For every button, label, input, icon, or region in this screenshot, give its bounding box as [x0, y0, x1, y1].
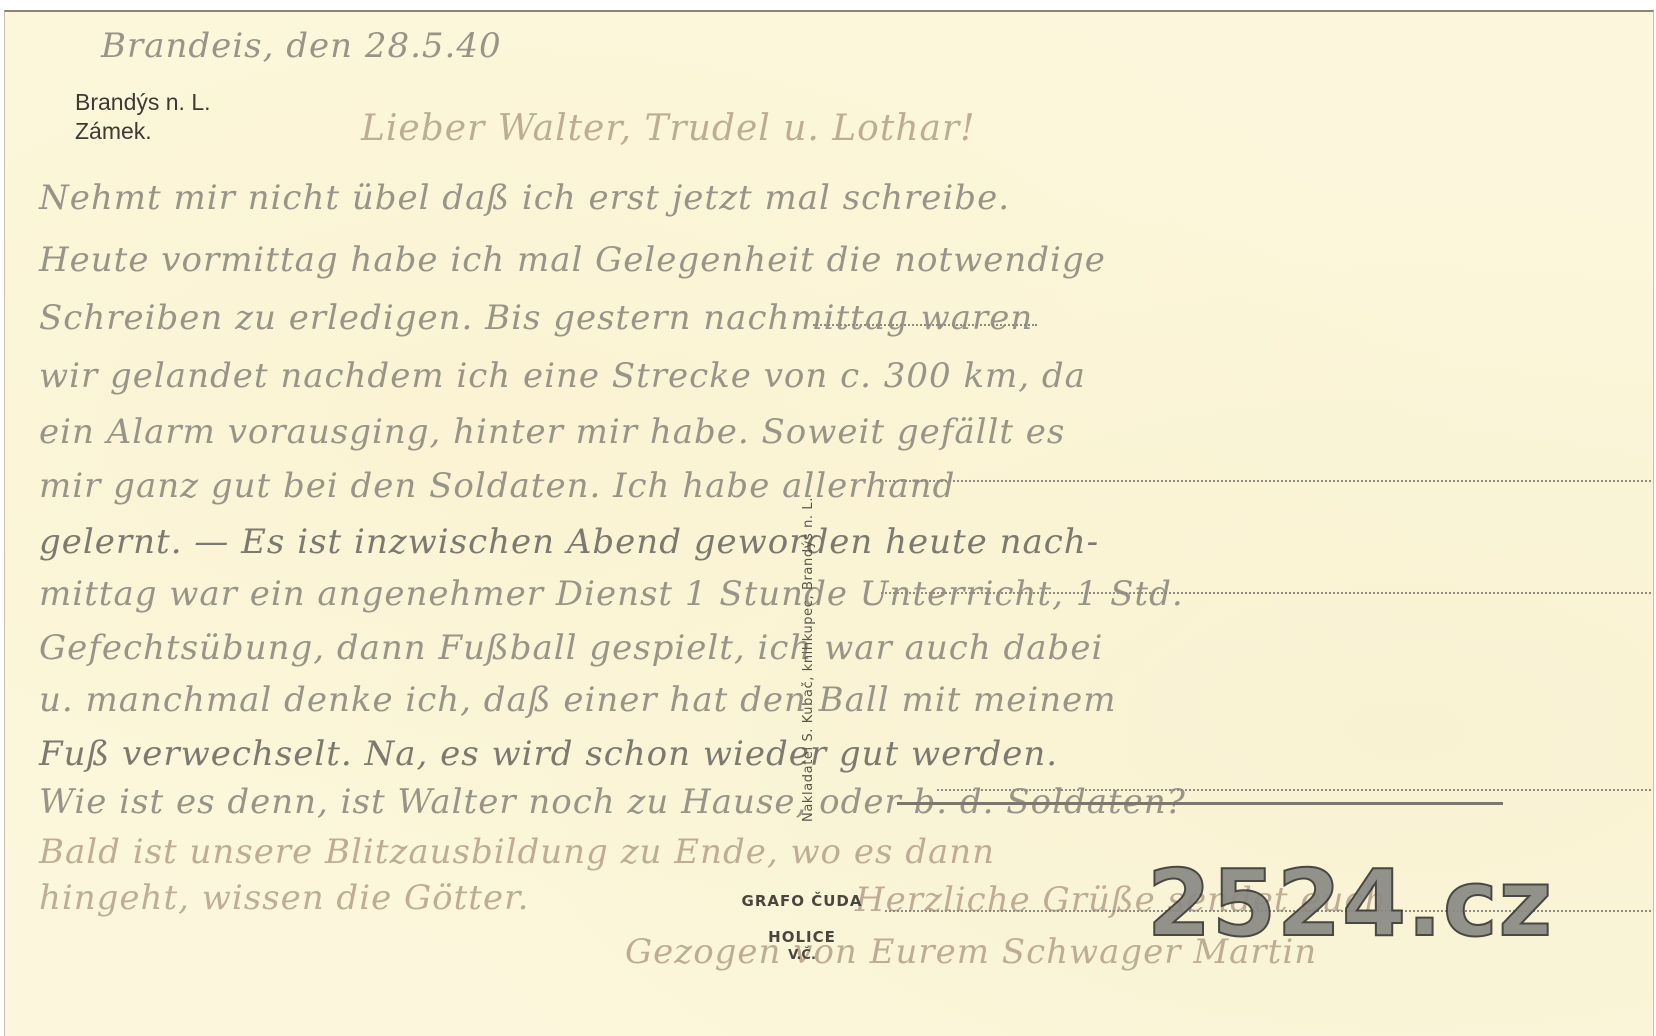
- letter-line: Fuß verwechselt. Na, es wird schon wiede…: [39, 734, 1058, 774]
- letter-line: wir gelandet nachdem ich eine Strecke vo…: [39, 356, 1086, 396]
- letter-line: hingeht, wissen die Götter.: [39, 878, 529, 918]
- letter-line: Gefechtsübung, dann Fußball gespielt, ic…: [39, 628, 1103, 668]
- handwritten-dateline: Brandeis, den 28.5.40: [101, 26, 502, 66]
- letter-line: mittag war ein angenehmer Dienst 1 Stund…: [39, 574, 1184, 614]
- postcard-back: Brandýs n. L. Zámek. Brandeis, den 28.5.…: [4, 10, 1654, 1036]
- printer-town: HOLICE: [727, 928, 877, 946]
- caption-subject: Zámek.: [75, 117, 211, 146]
- printer-mark: GRAFO ČUDA HOLICE V.Č.: [727, 892, 877, 982]
- address-line-1: [813, 324, 1037, 326]
- publisher-imprint: Nakladatel S. Kubač, knihkupec, Brandýs …: [801, 497, 816, 822]
- address-underline: [897, 802, 1503, 805]
- caption-place: Brandýs n. L.: [75, 88, 211, 117]
- printer-name: GRAFO ČUDA: [727, 892, 877, 910]
- letter-line: mir ganz gut bei den Soldaten. Ich habe …: [39, 466, 955, 506]
- letter-line: u. manchmal denke ich, daß einer hat den…: [39, 680, 1117, 720]
- letter-line: Bald ist unsere Blitzausbildung zu Ende,…: [39, 832, 995, 872]
- letter-line: Nehmt mir nicht übel daß ich erst jetzt …: [39, 178, 1010, 218]
- address-line-2: [881, 480, 1651, 482]
- site-watermark: 2524.cz: [1147, 850, 1553, 957]
- letter-line: Heute vormittag habe ich mal Gelegenheit…: [39, 240, 1106, 280]
- handwritten-salutation: Lieber Walter, Trudel u. Lothar!: [361, 108, 976, 149]
- letter-line: Schreiben zu erledigen. Bis gestern nach…: [39, 298, 1033, 338]
- printed-caption: Brandýs n. L. Zámek.: [75, 88, 211, 146]
- letter-line: gelernt. — Es ist inzwischen Abend gewor…: [39, 522, 1099, 562]
- printer-region: V.Č.: [727, 948, 877, 963]
- address-line-3: [881, 592, 1651, 594]
- address-line-4: [937, 789, 1651, 791]
- letter-line: ein Alarm vorausging, hinter mir habe. S…: [39, 412, 1065, 452]
